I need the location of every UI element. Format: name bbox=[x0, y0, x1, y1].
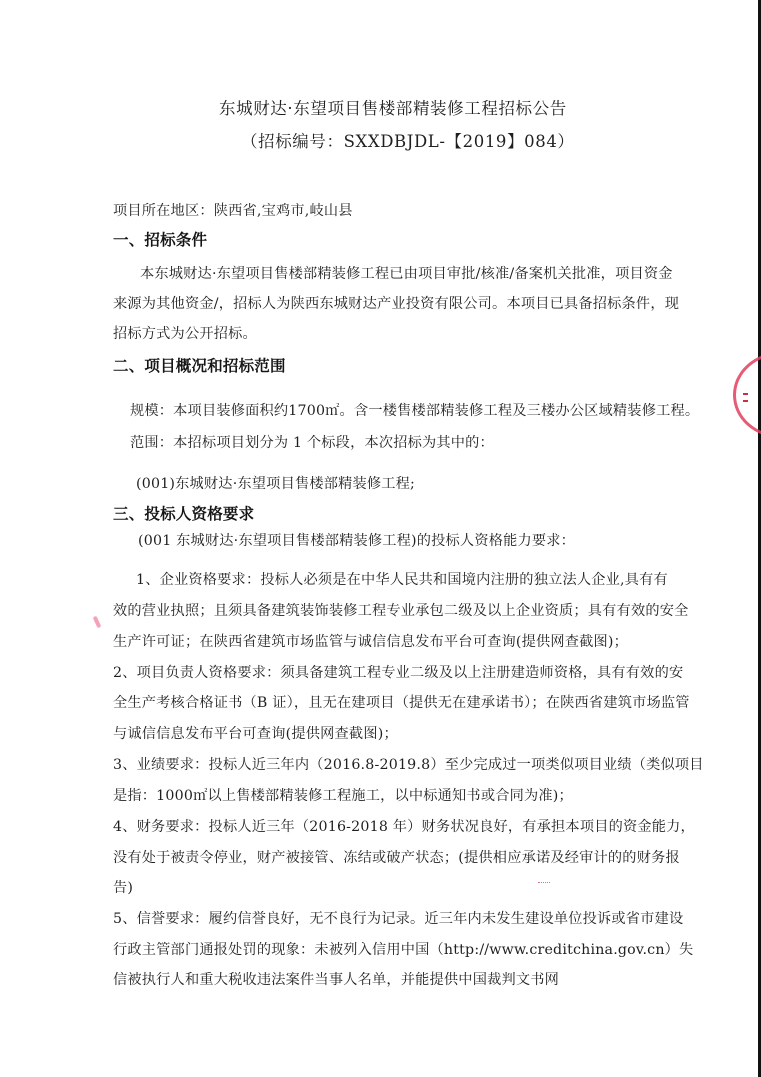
section-3-line: 信被执行人和重大税收违法案件当事人名单，并能提供中国裁判文书网 bbox=[113, 969, 559, 989]
section-3-line: 与诚信信息发布平台可查询(提供网查截图)； bbox=[113, 723, 398, 743]
section-3-line: 3、业绩要求：投标人近三年内（2016.8-2019.8）至少完成过一项类似项目… bbox=[113, 754, 704, 774]
pen-mark bbox=[93, 616, 102, 629]
section-2-line: 规模：本项目装修面积约1700㎡。含一楼售楼部精装修工程及三楼办公区域精装修工程… bbox=[130, 400, 699, 420]
section-heading-2: 二、项目概况和招标范围 bbox=[113, 354, 286, 376]
section-heading-1: 一、招标条件 bbox=[113, 228, 207, 250]
section-3-line: 效的营业执照；且须具备建筑装饰装修工程专业承包二级及以上企业资质；具有有效的安全 bbox=[113, 600, 689, 620]
section-3-line: 行政主管部门通报处罚的现象：未被列入信用中国（http://www.credit… bbox=[113, 939, 693, 959]
red-seal-stamp bbox=[733, 352, 761, 438]
section-2-line: 范围：本招标项目划分为 1 个标段，本次招标为其中的： bbox=[130, 432, 494, 452]
red-seal-mark bbox=[743, 400, 748, 402]
section-3-line: 5、信誉要求：履约信誉良好，无不良行为记录。近三年内未发生建设单位投诉或省市建设 bbox=[113, 908, 683, 928]
section-3-line: 1、企业资格要求：投标人必须是在中华人民共和国境内注册的独立法人企业,具有有 bbox=[136, 569, 668, 589]
section-1-line: 来源为其他资金/，招标人为陕西东城财达产业投资有限公司。本项目已具备招标条件，现 bbox=[113, 293, 679, 313]
document-title: 东城财达·东望项目售楼部精装修工程招标公告 bbox=[219, 95, 567, 119]
section-3-line: 4、财务要求：投标人近三年（2016-2018 年）财务状况良好，有承担本项目的… bbox=[113, 816, 695, 836]
section-3-line: 2、项目负责人资格要求：须具备建筑工程专业二级及以上注册建造师资格，具有有效的安 bbox=[113, 662, 683, 682]
section-2-line: (001)东城财达·东望项目售楼部精装修工程; bbox=[136, 473, 415, 493]
project-location: 项目所在地区：陕西省,宝鸡市,岐山县 bbox=[113, 200, 353, 220]
section-3-line: 生产许可证；在陕西省建筑市场监管与诚信信息发布平台可查询(提供网查截图)； bbox=[113, 631, 628, 651]
section-3-line: 是指：1000㎡以上售楼部精装修工程施工，以中标通知书或合同为准)； bbox=[113, 785, 573, 805]
section-1-line: 本东城财达·东望项目售楼部精装修工程已由项目审批/核准/备案机关批准，项目资金 bbox=[140, 263, 673, 283]
section-3-line: (001 东城财达·东望项目售楼部精装修工程)的投标人资格能力要求： bbox=[138, 530, 575, 550]
section-3-line: 告) bbox=[113, 877, 133, 897]
ink-speck bbox=[538, 882, 550, 886]
section-1-line: 招标方式为公开招标。 bbox=[113, 323, 257, 343]
section-3-line: 全生产考核合格证书（B 证），且无在建项目（提供无在建承诺书）；在陕西省建筑市场… bbox=[113, 692, 690, 712]
tender-number: （招标编号：SXXDBJDL-【2019】084） bbox=[241, 128, 575, 152]
section-heading-3: 三、投标人资格要求 bbox=[113, 502, 254, 524]
red-seal-mark bbox=[743, 393, 748, 395]
section-3-line: 没有处于被责令停业，财产被接管、冻结或破产状态；(提供相应承诺及经审计的的财务报 bbox=[113, 847, 680, 867]
